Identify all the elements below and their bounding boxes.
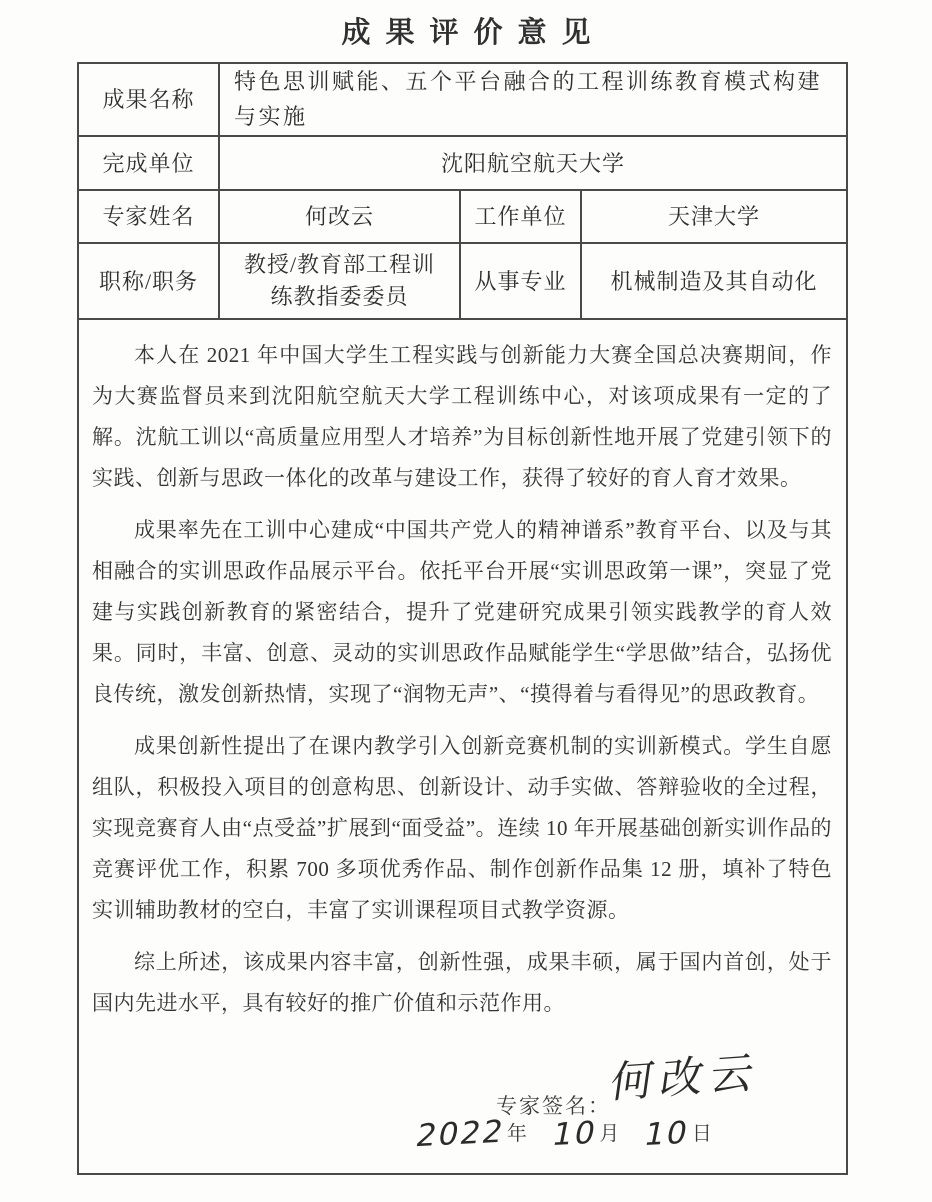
date-day-label: 日 [692,1117,712,1146]
position-label: 职称/职务 [79,244,220,318]
date-month-handwritten: 10 [549,1115,600,1153]
profession-value: 机械制造及其自动化 [582,244,846,318]
date-month-label: 月 [599,1117,619,1146]
achievement-name-value: 特色思训赋能、五个平台融合的工程训练教育模式构建与实施 [220,64,846,135]
completing-unit-label: 完成单位 [79,137,220,189]
date-year-label: 年 [507,1117,527,1146]
evaluation-paragraph-4: 综上所述，该成果内容丰富，创新性强，成果丰硕，属于国内首创，处于国内先进水平，具… [92,942,832,1024]
date-year-handwritten: 2022 [413,1114,508,1154]
table-row-achievement-name: 成果名称 特色思训赋能、五个平台融合的工程训练教育模式构建与实施 [79,64,846,137]
profession-label: 从事专业 [461,244,582,318]
evaluation-paragraph-2: 成果率先在工训中心建成“中国共产党人的精神谱系”教育平台、以及与其相融合的实训思… [92,510,832,715]
work-unit-value: 天津大学 [582,191,846,242]
evaluation-text: 本人在 2021 年中国大学生工程实践与创新能力大赛全国总决赛期间，作为大赛监督… [79,320,846,1024]
position-value: 教授/教育部工程训练教指委委员 [220,244,461,318]
completing-unit-value: 沈阳航空航天大学 [220,137,846,189]
table-row-completing-unit: 完成单位 沈阳航空航天大学 [79,137,846,191]
table-row-expert: 专家姓名 何改云 工作单位 天津大学 [79,191,846,244]
expert-name-label: 专家姓名 [79,191,220,242]
table-row-position: 职称/职务 教授/教育部工程训练教指委委员 从事专业 机械制造及其自动化 [79,244,846,320]
expert-signature-handwriting: 何改云 [607,1038,765,1110]
signature-date: 2022年10月10日 [417,1116,712,1152]
expert-name-value: 何改云 [220,191,461,242]
date-day-handwritten: 10 [642,1115,693,1153]
scanned-evaluation-form: { "document": { "title": "成果评价意见", "tabl… [0,0,932,1202]
work-unit-label: 工作单位 [461,191,582,242]
evaluation-paragraph-1: 本人在 2021 年中国大学生工程实践与创新能力大赛全国总决赛期间，作为大赛监督… [92,335,832,499]
achievement-name-label: 成果名称 [79,64,220,135]
form-border-box: 成果名称 特色思训赋能、五个平台融合的工程训练教育模式构建与实施 完成单位 沈阳… [77,62,848,1175]
evaluation-paragraph-3: 成果创新性提出了在课内教学引入创新竞赛机制的实训新模式。学生自愿组队，积极投入项… [92,726,832,931]
page-title: 成果评价意见 [0,10,932,51]
